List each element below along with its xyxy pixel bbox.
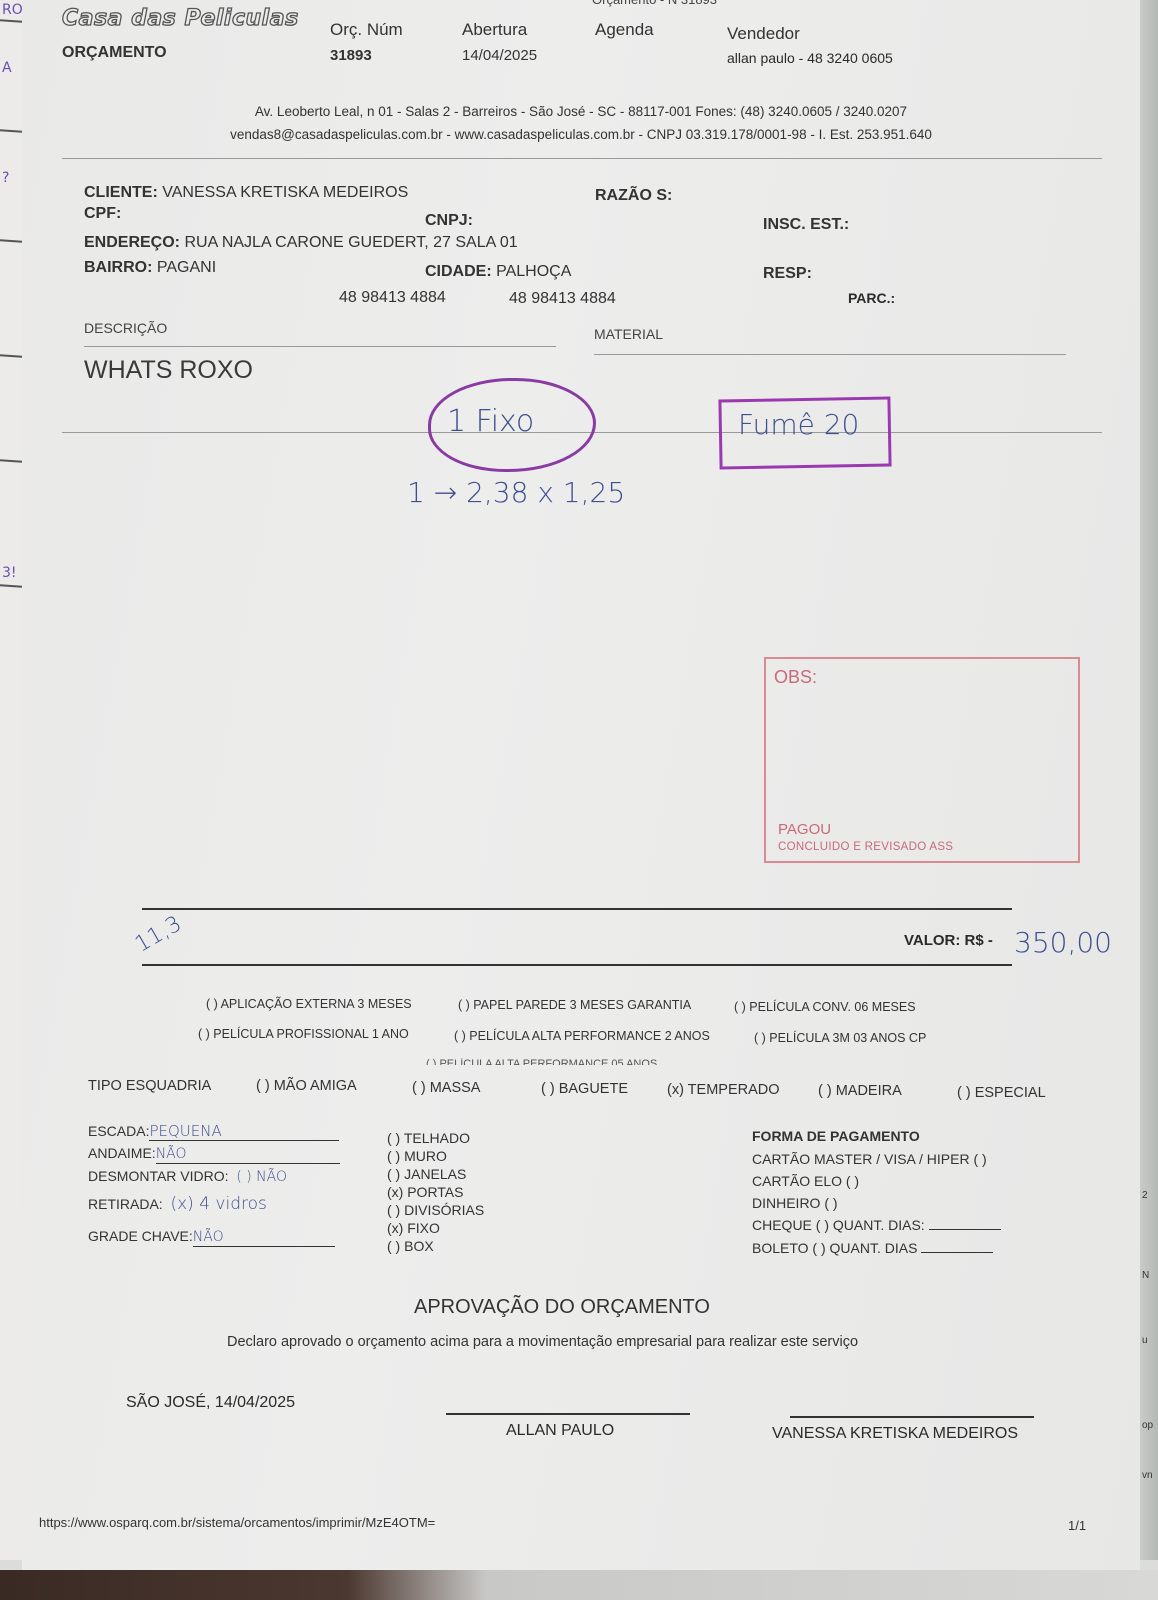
local-option[interactable]: ( ) BOX (387, 1237, 434, 1255)
agenda-label: Agenda (595, 20, 654, 40)
adjacent-sheet-mark: RO (2, 2, 23, 18)
cpf-label: CPF: (84, 205, 121, 223)
local-option[interactable]: ( ) JANELAS (387, 1165, 466, 1183)
abertura-value: 14/04/2025 (462, 47, 537, 64)
place-date: SÃO JOSÉ, 14/04/2025 (126, 1394, 295, 1412)
footer-url: https://www.osparq.com.br/sistema/orcame… (39, 1515, 435, 1530)
esquadria-option-checked[interactable]: (x) TEMPERADO (667, 1082, 780, 1098)
phone-2: 48 98413 4884 (509, 290, 616, 308)
signer-client: VANESSA KRETISKA MEDEIROS (772, 1425, 1018, 1443)
bairro-field: BAIRRO: PAGANI (84, 259, 216, 277)
background-desk (0, 1570, 1158, 1600)
esquadria-option[interactable]: ( ) MADEIRA (818, 1083, 902, 1099)
handwritten-fixo: 1 Fixo (447, 404, 534, 439)
andaime-field: ANDAIME:NÃO (88, 1144, 340, 1164)
pagamento-option[interactable]: CARTÃO ELO ( ) (752, 1172, 859, 1190)
descricao-label: DESCRIÇÃO (84, 320, 167, 336)
header-divider (62, 158, 1102, 159)
valor-label: VALOR: R$ - (904, 932, 993, 949)
valor-bottom-rule (142, 964, 1012, 966)
desmontar-field: DESMONTAR VIDRO: ( ) NÃO (88, 1167, 287, 1186)
endereco-field: ENDEREÇO: RUA NAJLA CARONE GUEDERT, 27 S… (84, 234, 518, 252)
signature-line-seller (446, 1413, 690, 1415)
parc-label: PARC.: (848, 290, 895, 306)
esquadria-option[interactable]: ( ) MÃO AMIGA (256, 1078, 357, 1094)
adjacent-sheet-line (0, 354, 22, 358)
adjacent-sheet-line (0, 584, 22, 588)
signature-line-client (790, 1416, 1034, 1418)
adjacent-sheet-mark: A (2, 60, 12, 76)
local-option[interactable]: ( ) MURO (387, 1147, 447, 1165)
obs-pagou: PAGOU (778, 821, 831, 838)
adjacent-sheet-mark: ? (2, 170, 9, 186)
top-caption: Orçamento - N 31893 (592, 0, 717, 7)
handwritten-note: 11,3 (131, 911, 186, 957)
insc-est-label: INSC. EST.: (763, 216, 849, 234)
grade-chave-field: GRADE CHAVE:NÃO (88, 1227, 335, 1247)
quote-page: Orçamento - N 31893 Casa das Peliculas O… (22, 0, 1140, 1570)
escada-field: ESCADA:PEQUENA (88, 1122, 339, 1141)
garantia-option[interactable]: ( ) PELÍCULA ALTA PERFORMANCE 2 ANOS (454, 1029, 710, 1043)
adjacent-sheet-line (0, 459, 22, 463)
adjacent-sheet-line (0, 129, 22, 133)
obs-title: OBS: (774, 667, 817, 688)
local-option[interactable]: ( ) DIVISÓRIAS (387, 1201, 484, 1219)
adjacent-sheet-line (0, 239, 22, 243)
pagamento-option[interactable]: CARTÃO MASTER / VISA / HIPER ( ) (752, 1150, 987, 1168)
local-option-checked[interactable]: (x) PORTAS (387, 1183, 464, 1201)
aprovacao-title: APROVAÇÃO DO ORÇAMENTO (414, 1296, 710, 1319)
orc-num-label: Orç. Núm (330, 20, 403, 40)
pagamento-option[interactable]: DINHEIRO ( ) (752, 1194, 838, 1212)
cnpj-label: CNPJ: (425, 212, 473, 230)
material-label: MATERIAL (594, 326, 663, 342)
valor-top-rule (142, 908, 1012, 910)
orc-num-value: 31893 (330, 47, 372, 64)
company-address: Av. Leoberto Leal, n 01 - Salas 2 - Barr… (22, 104, 1140, 119)
garantia-option[interactable]: ( ) APLICAÇÃO EXTERNA 3 MESES (206, 997, 412, 1011)
obs-concluido: CONCLUIDO E REVISADO ASS (778, 841, 953, 853)
descricao-value: WHATS ROXO (84, 356, 253, 385)
pagamento-option-boleto[interactable]: BOLETO ( ) QUANT. DIAS (752, 1239, 993, 1257)
adjacent-sheet-mark: 3! (2, 565, 17, 581)
phone-1: 48 98413 4884 (339, 289, 446, 307)
footer-page: 1/1 (1068, 1518, 1086, 1533)
handwritten-measure: 1 → 2,38 x 1,25 (407, 476, 625, 509)
abertura-label: Abertura (462, 20, 527, 40)
pagamento-option-cheque[interactable]: CHEQUE ( ) QUANT. DIAS: (752, 1216, 1001, 1234)
descricao-rule (84, 346, 556, 347)
local-option[interactable]: ( ) TELHADO (387, 1129, 470, 1147)
doc-type: ORÇAMENTO (62, 44, 167, 62)
pagamento-title: FORMA DE PAGAMENTO (752, 1127, 920, 1145)
valor-amount: 350,00 (1014, 926, 1112, 959)
retirada-field: RETIRADA: (x) 4 vidros (88, 1195, 267, 1213)
aprovacao-text: Declaro aprovado o orçamento acima para … (227, 1334, 858, 1350)
garantia-option-cut[interactable]: ( ) PELÍCULA ALTA PERFORMANCE 05 ANOS (426, 1058, 657, 1065)
vendedor-label: Vendedor (727, 24, 800, 44)
garantia-option[interactable]: ( ) PELÍCULA 3M 03 ANOS CP (754, 1031, 926, 1045)
adjacent-sheet-right: 2 N u op vn (1140, 0, 1158, 1560)
esquadria-label: TIPO ESQUADRIA (88, 1078, 211, 1094)
adjacent-sheet-line (0, 19, 22, 23)
material-rule (594, 354, 1066, 355)
cliente-field: CLIENTE: VANESSA KRETISKA MEDEIROS (84, 184, 408, 202)
esquadria-option[interactable]: ( ) MASSA (412, 1080, 480, 1096)
garantia-option[interactable]: ( ) PELÍCULA CONV. 06 MESES (734, 1000, 916, 1014)
adjacent-sheet-left: RO A ? 3! (0, 0, 23, 1560)
company-contact: vendas8@casadaspeliculas.com.br - www.ca… (22, 127, 1140, 142)
obs-stamp: OBS: PAGOU CONCLUIDO E REVISADO ASS (764, 657, 1080, 863)
garantia-option[interactable]: ( ) PAPEL PAREDE 3 MESES GARANTIA (458, 998, 691, 1012)
esquadria-option[interactable]: ( ) BAGUETE (541, 1081, 628, 1097)
brand-logo: Casa das Peliculas (62, 6, 299, 31)
vendedor-value: allan paulo - 48 3240 0605 (727, 50, 893, 66)
signer-seller: ALLAN PAULO (506, 1422, 614, 1440)
razao-label: RAZÃO S: (595, 187, 672, 205)
garantia-option[interactable]: ( ) PELÍCULA PROFISSIONAL 1 ANO (198, 1027, 409, 1041)
cidade-field: CIDADE: PALHOÇA (425, 263, 571, 281)
local-option-checked[interactable]: (x) FIXO (387, 1219, 440, 1237)
handwritten-material: Fumê 20 (738, 408, 859, 441)
resp-label: RESP: (763, 265, 812, 283)
esquadria-option[interactable]: ( ) ESPECIAL (957, 1085, 1046, 1101)
